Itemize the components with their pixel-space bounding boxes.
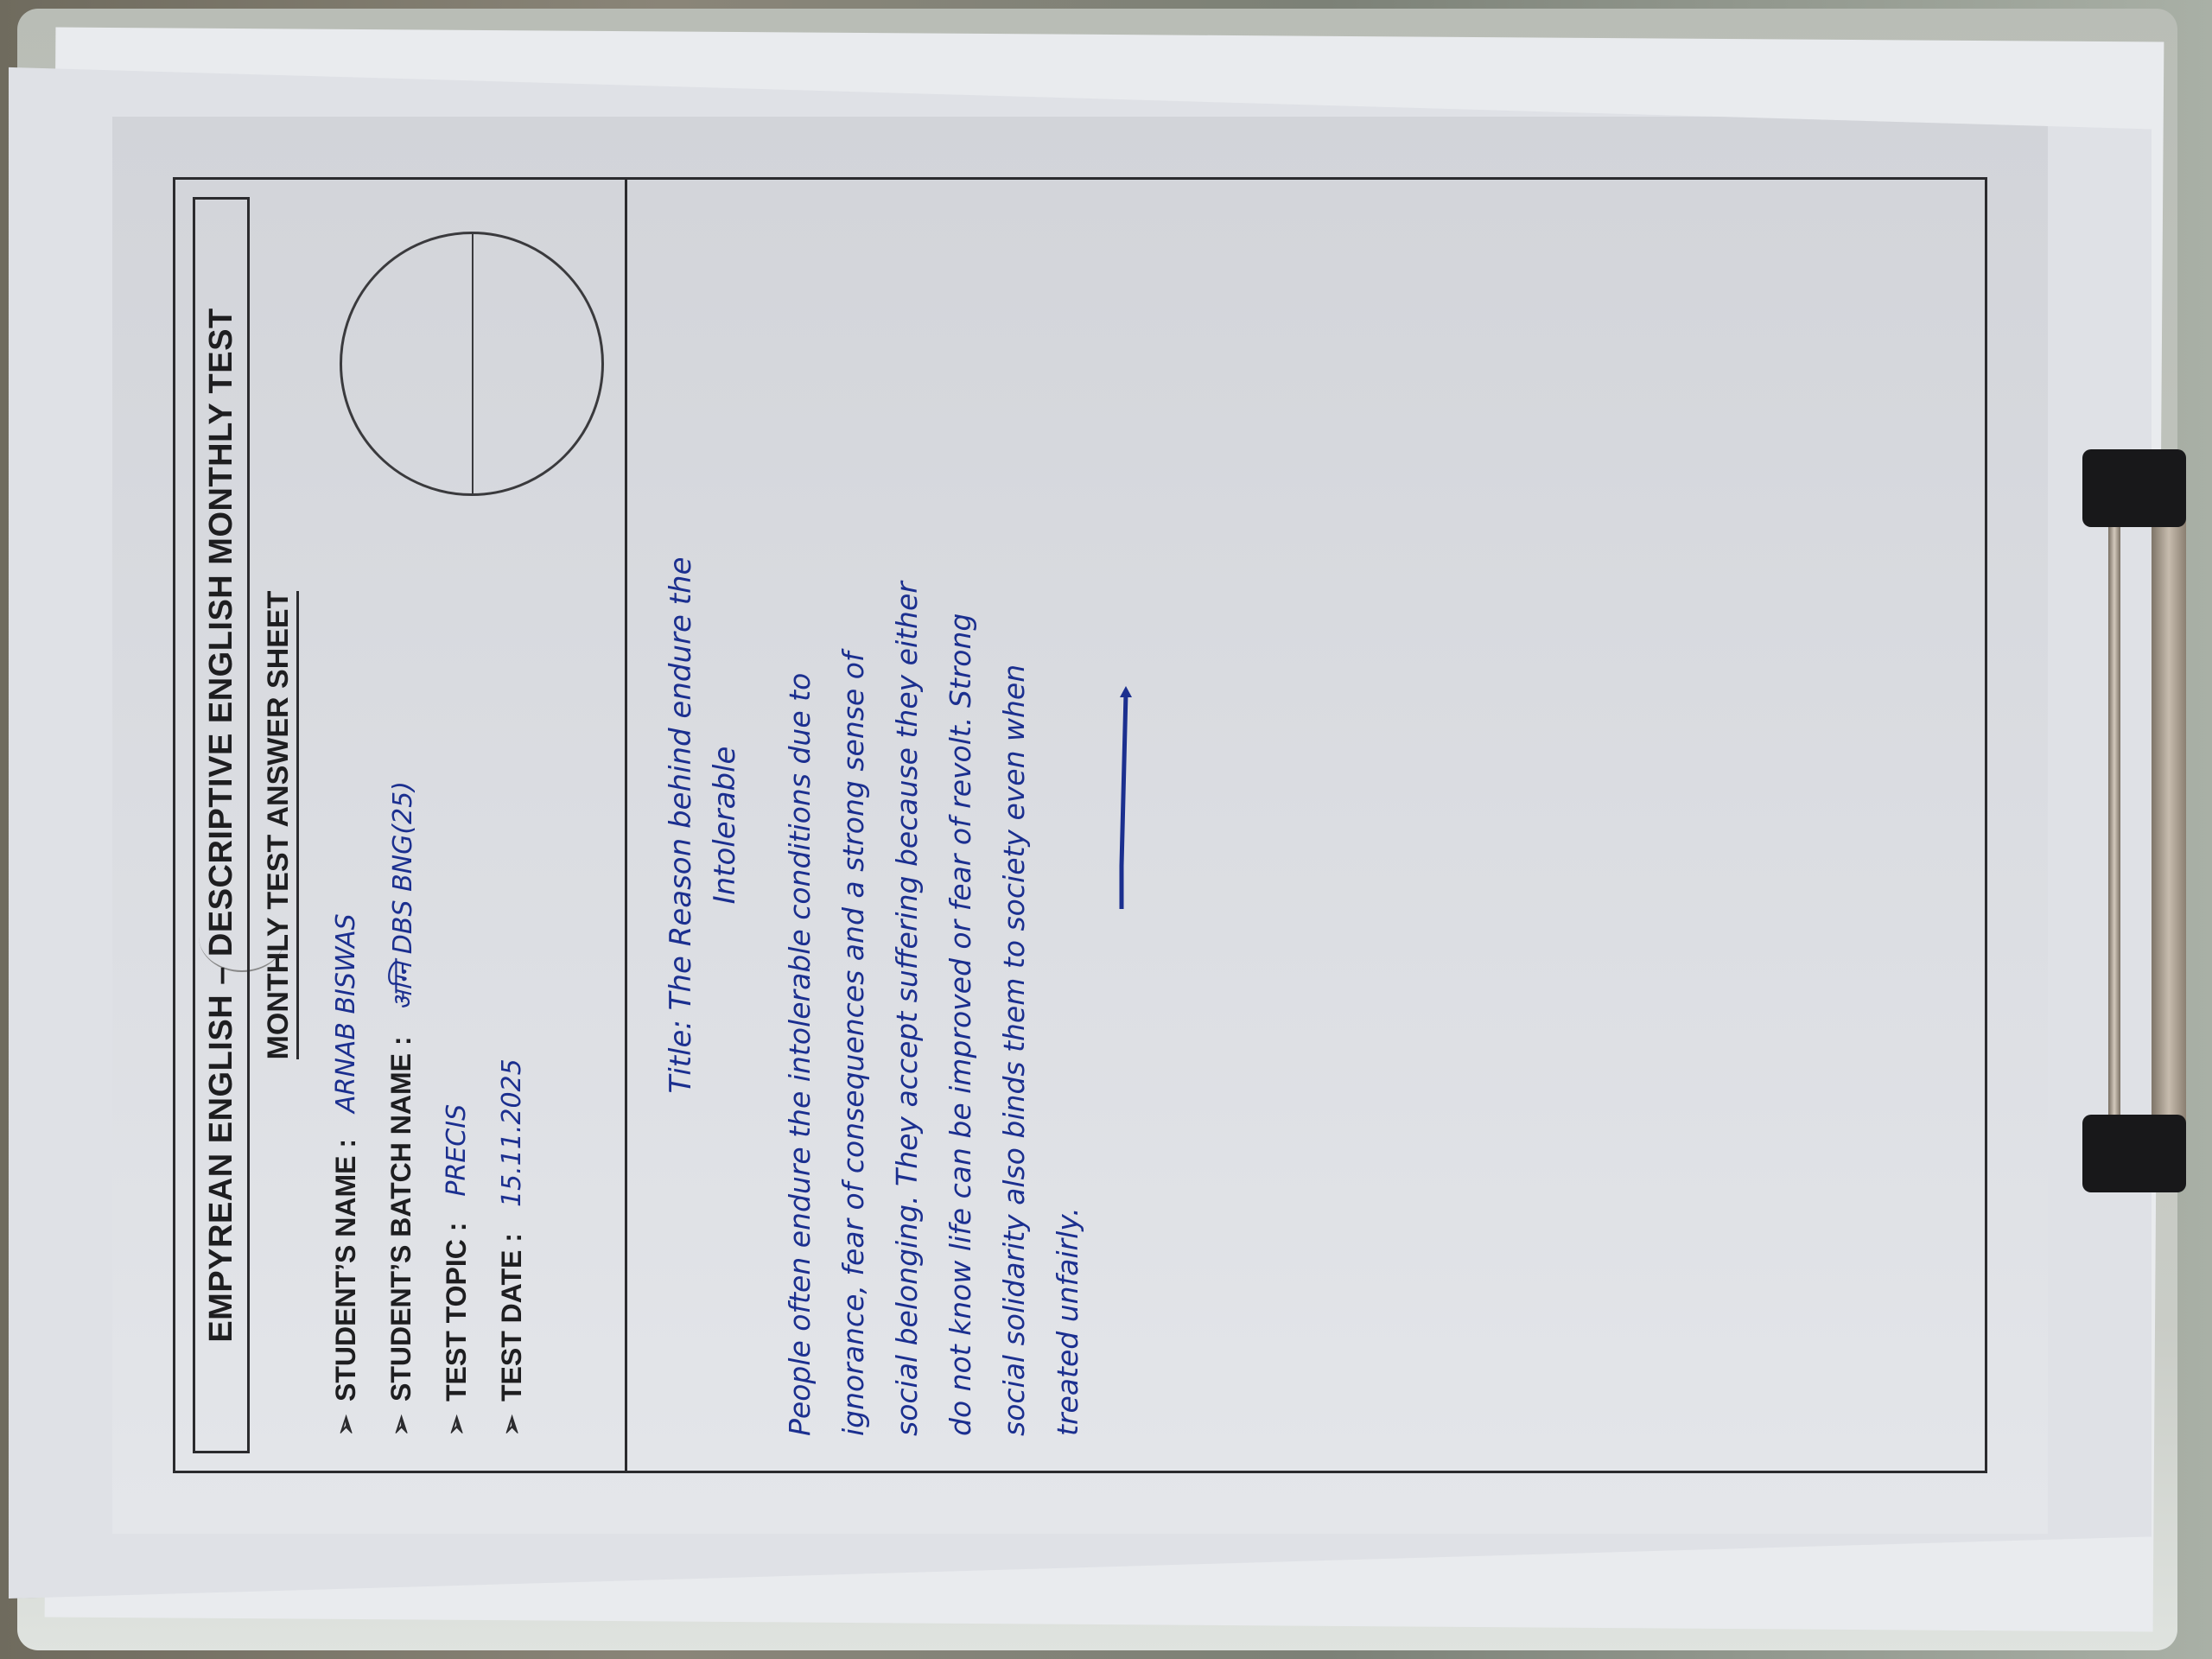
answer-line: treated unfairly. — [1041, 214, 1095, 1436]
sheet-subtitle: MONTHLY TEST ANSWER SHEET — [262, 180, 296, 1471]
arrow-bullet-icon: ➢ — [442, 1402, 472, 1436]
batch-name-value: अग्नि DBS BNG(25) — [384, 781, 419, 1010]
clip-cap-top — [2082, 449, 2186, 527]
header-divider — [625, 180, 627, 1471]
marks-circle — [340, 232, 604, 496]
end-of-answer-line — [1109, 658, 1135, 918]
answer-line: social solidarity also binds them to soc… — [988, 214, 1041, 1436]
answer-sheet: EMPYREAN ENGLISH – DESCRIPTIVE ENGLISH M… — [112, 117, 2048, 1534]
handwritten-answer: Title: The Reason behind endure the Into… — [659, 214, 1095, 1436]
student-details: ➢ STUDENT’S NAME : ARNAB BISWAS ➢ STUDEN… — [318, 781, 539, 1436]
field-student-name: ➢ STUDENT’S NAME : ARNAB BISWAS — [318, 781, 373, 1436]
field-label: STUDENT’S BATCH NAME : — [385, 1037, 417, 1402]
field-label: STUDENT’S NAME : — [330, 1139, 362, 1402]
arrow-bullet-icon: ➢ — [497, 1402, 527, 1436]
answer-line: People often endure the intolerable cond… — [773, 214, 827, 1436]
test-date-value: 15.11.2025 — [497, 1058, 527, 1207]
test-topic-value: PRECIS — [442, 1104, 472, 1197]
answer-sheet-photo: EMPYREAN ENGLISH – DESCRIPTIVE ENGLISH M… — [9, 52, 2152, 1599]
clip-wire — [2108, 518, 2120, 1123]
field-label: TEST TOPIC : — [441, 1223, 473, 1402]
student-name-value: ARNAB BISWAS — [331, 913, 361, 1113]
answer-title: Title: The Reason behind endure the Into… — [659, 214, 747, 1436]
sheet-border: EMPYREAN ENGLISH – DESCRIPTIVE ENGLISH M… — [173, 177, 1987, 1473]
field-test-date: ➢ TEST DATE : 15.11.2025 — [484, 781, 539, 1436]
field-batch-name: ➢ STUDENT’S BATCH NAME : अग्नि DBS BNG(2… — [373, 781, 429, 1436]
arrow-bullet-icon: ➢ — [331, 1402, 361, 1436]
header-title: EMPYREAN ENGLISH – DESCRIPTIVE ENGLISH M… — [193, 197, 250, 1453]
answer-line: ignorance, fear of consequences and a st… — [827, 214, 880, 1436]
answer-body: People often endure the intolerable cond… — [773, 214, 1095, 1436]
arrow-bullet-icon: ➢ — [386, 1402, 416, 1436]
field-label: TEST DATE : — [496, 1233, 528, 1402]
clipboard-clip[interactable] — [2082, 449, 2195, 1192]
clip-bar — [2152, 493, 2186, 1149]
answer-line: do not know life can be improved or fear… — [934, 214, 988, 1436]
answer-line: social belonging. They accept suffering … — [880, 214, 934, 1436]
field-test-topic: ➢ TEST TOPIC : PRECIS — [429, 781, 484, 1436]
clip-cap-bottom — [2082, 1115, 2186, 1192]
